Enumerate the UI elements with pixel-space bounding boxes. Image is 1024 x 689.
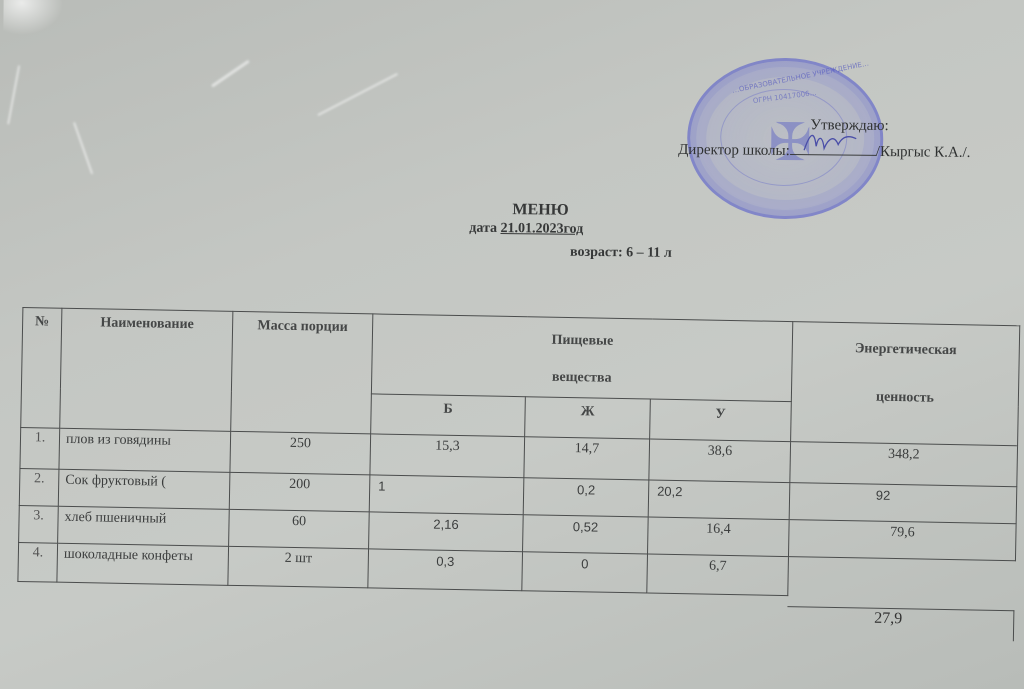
col-j-header: Ж xyxy=(525,397,651,439)
row-b: 0,3 xyxy=(369,549,522,570)
row-no: 4. xyxy=(19,543,57,562)
row-j: 0,52 xyxy=(523,515,647,535)
col-name-header: Наименование xyxy=(60,308,233,431)
col-energy-header: Энергетическая ценность xyxy=(791,322,1020,446)
row-mass: 2 шт xyxy=(229,547,368,569)
row-u: 16,4 xyxy=(648,518,788,540)
director-label: Директор школы: xyxy=(678,142,790,159)
col-mass-header: Масса порции xyxy=(231,311,373,434)
row-u: 6,7 xyxy=(648,555,788,577)
row-no: 1. xyxy=(21,428,59,447)
row-energy: 79,6 xyxy=(789,520,1015,543)
nutrients-line2: вещества xyxy=(372,355,792,400)
date-label: дата xyxy=(469,221,497,236)
signature-line xyxy=(790,140,876,156)
glare-streak xyxy=(7,65,20,124)
glare-streak xyxy=(211,60,250,88)
row-u: 20,2 xyxy=(649,481,789,502)
energy-overflow-value: 27,9 xyxy=(874,610,902,629)
col-b-header: Б xyxy=(371,394,526,437)
col-no-header: № xyxy=(21,308,62,429)
document-sheet: …ОБРАЗОВАТЕЛЬНОЕ УЧРЕЖДЕНИЕ… ОГРН 104170… xyxy=(0,0,1024,689)
row-no: 3. xyxy=(19,506,57,525)
row-j: 0 xyxy=(523,552,647,572)
page-title: МЕНЮ xyxy=(512,201,568,220)
row-j: 14,7 xyxy=(525,437,649,458)
director-line: Директор школы: /Кыргыс К.А./. xyxy=(678,139,971,162)
row-name: шоколадные конфеты xyxy=(58,544,228,566)
row-u: 38,6 xyxy=(650,440,790,462)
col-nutrients-header: Пищевые вещества xyxy=(371,314,792,402)
energy-line2: ценность xyxy=(791,372,1018,424)
row-mass: 60 xyxy=(229,510,368,532)
row-energy: 348,2 xyxy=(791,442,1017,465)
row-name: хлеб пшеничный xyxy=(58,507,228,529)
menu-date: дата 21.01.2023год xyxy=(469,221,583,238)
row-mass: 200 xyxy=(230,473,369,495)
row-name: плов из говядины xyxy=(60,429,230,451)
row-mass: 250 xyxy=(231,432,370,454)
stamp-text: …ОБРАЗОВАТЕЛЬНОЕ УЧРЕЖДЕНИЕ… xyxy=(731,59,869,94)
row-name: Сок фруктовый ( xyxy=(59,470,229,492)
glare-streak xyxy=(317,73,398,116)
row-b: 1 xyxy=(370,475,523,496)
date-value: 21.01.2023год xyxy=(500,221,583,237)
plastic-fold xyxy=(3,0,63,35)
glare-streak xyxy=(73,122,93,175)
row-b: 2,16 xyxy=(369,512,522,533)
row-no: 2. xyxy=(20,469,58,488)
energy-line1: Энергетическая xyxy=(792,324,1019,376)
row-j: 0,2 xyxy=(524,478,648,498)
col-u-header: У xyxy=(650,399,792,442)
menu-table: № Наименование Масса порции Пищевые веще… xyxy=(17,307,1020,600)
age-label: возраст: 6 – 11 л xyxy=(570,245,672,262)
signature-icon xyxy=(800,128,860,157)
row-b: 15,3 xyxy=(371,434,524,456)
director-name: /Кыргыс К.А./. xyxy=(876,144,971,161)
row-energy: 92 xyxy=(790,483,1016,505)
energy-overflow-cell: 27,9 xyxy=(787,606,1015,641)
